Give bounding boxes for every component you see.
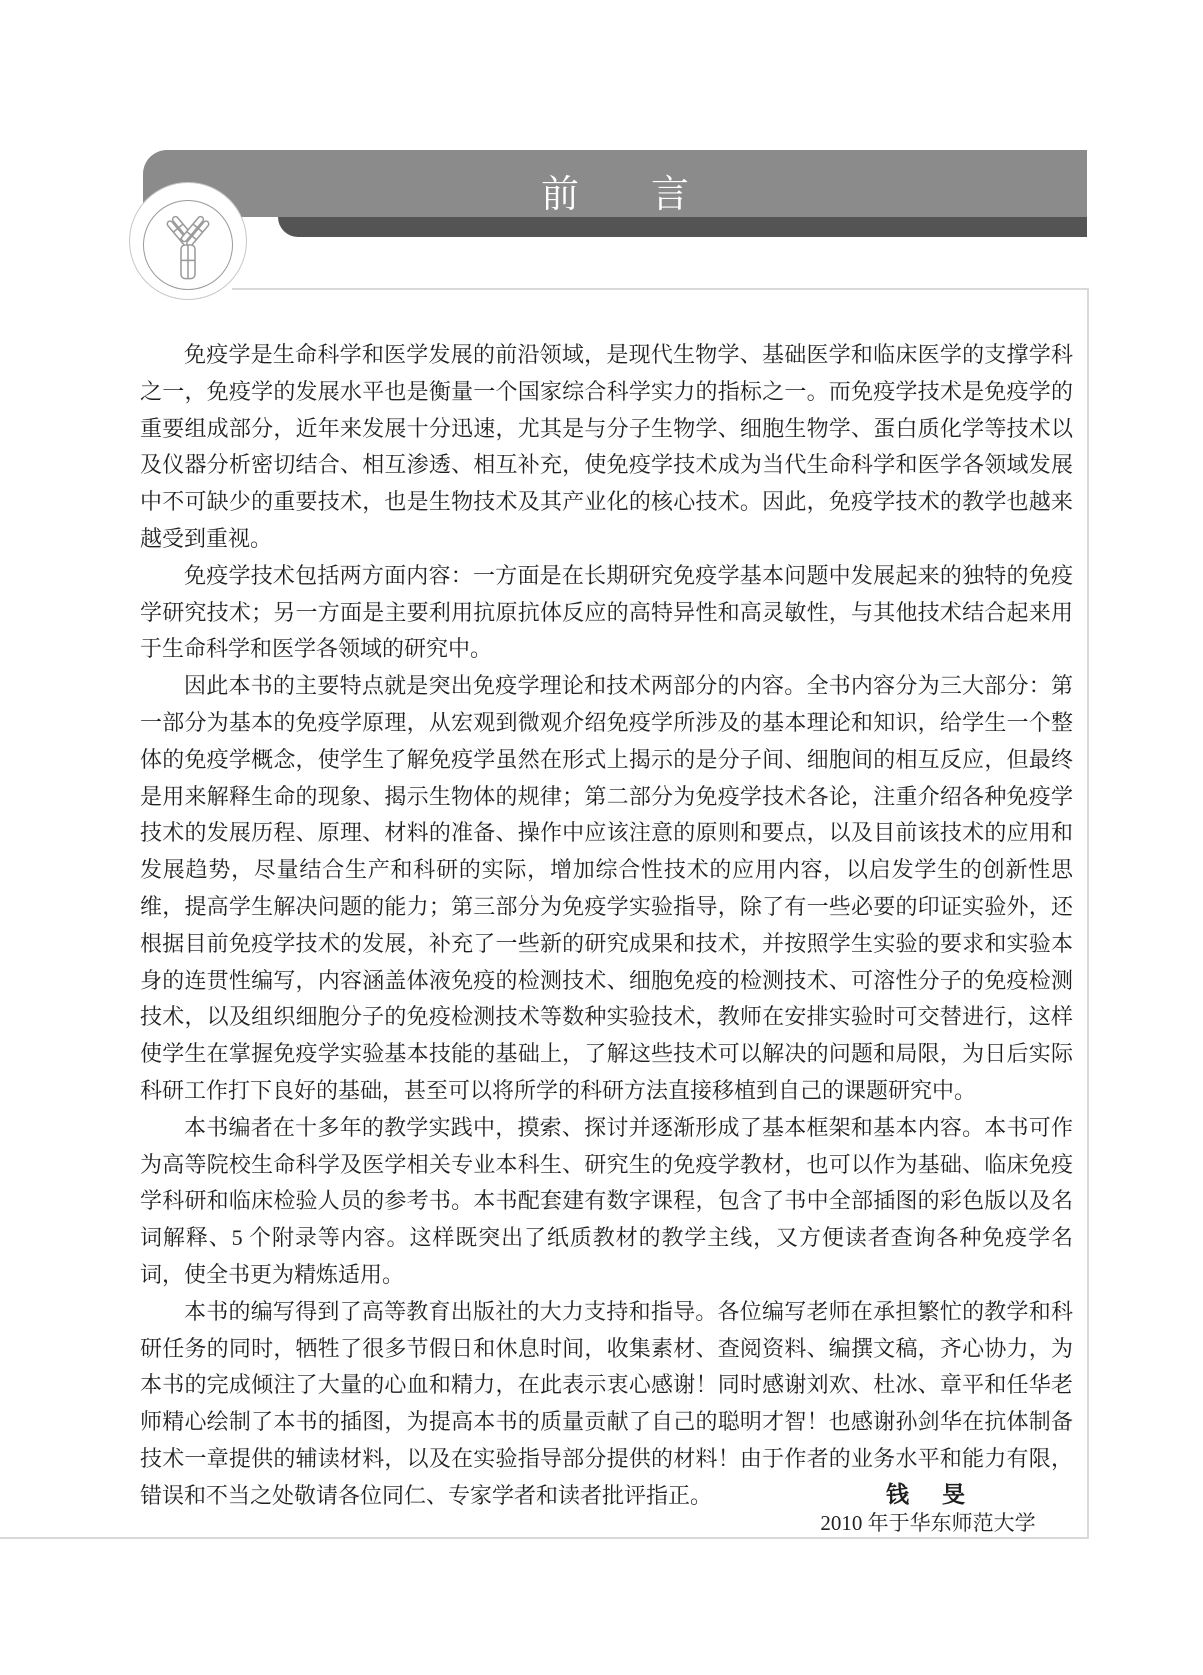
paragraph: 免疫学是生命科学和医学发展的前沿领域，是现代生物学、基础医学和临床医学的支撑学科… bbox=[140, 337, 1073, 558]
antibody-icon bbox=[153, 207, 223, 283]
preface-page: 前 言 bbox=[0, 0, 1203, 1675]
paragraph: 免疫学技术包括两方面内容：一方面是在长期研究免疫学基本问题中发展起来的独特的免疫… bbox=[140, 558, 1073, 668]
preface-body: 免疫学是生命科学和医学发展的前沿领域，是现代生物学、基础医学和临床医学的支撑学科… bbox=[140, 337, 1073, 1515]
header-banner: 前 言 bbox=[143, 150, 1087, 217]
paragraph: 本书编者在十多年的教学实践中，摸索、探讨并逐渐形成了基本框架和基本内容。本书可作… bbox=[140, 1110, 1073, 1294]
header-accent-stripe bbox=[278, 217, 1087, 237]
signature-date-place: 2010 年于华东师范大学 bbox=[798, 1510, 1058, 1537]
paragraph: 因此本书的主要特点就是突出免疫学理论和技术两部分的内容。全书内容分为三大部分：第… bbox=[140, 668, 1073, 1110]
content-frame-right-line bbox=[1087, 288, 1089, 1539]
page-title: 前 言 bbox=[143, 163, 1087, 218]
emblem-circle bbox=[143, 200, 233, 290]
content-frame-bottom-line bbox=[0, 1537, 1089, 1539]
content-frame-top-line bbox=[232, 288, 1089, 290]
signature-block: 钱 旻 2010 年于华东师范大学 bbox=[798, 1480, 1058, 1537]
author-name: 钱 旻 bbox=[798, 1480, 1058, 1510]
